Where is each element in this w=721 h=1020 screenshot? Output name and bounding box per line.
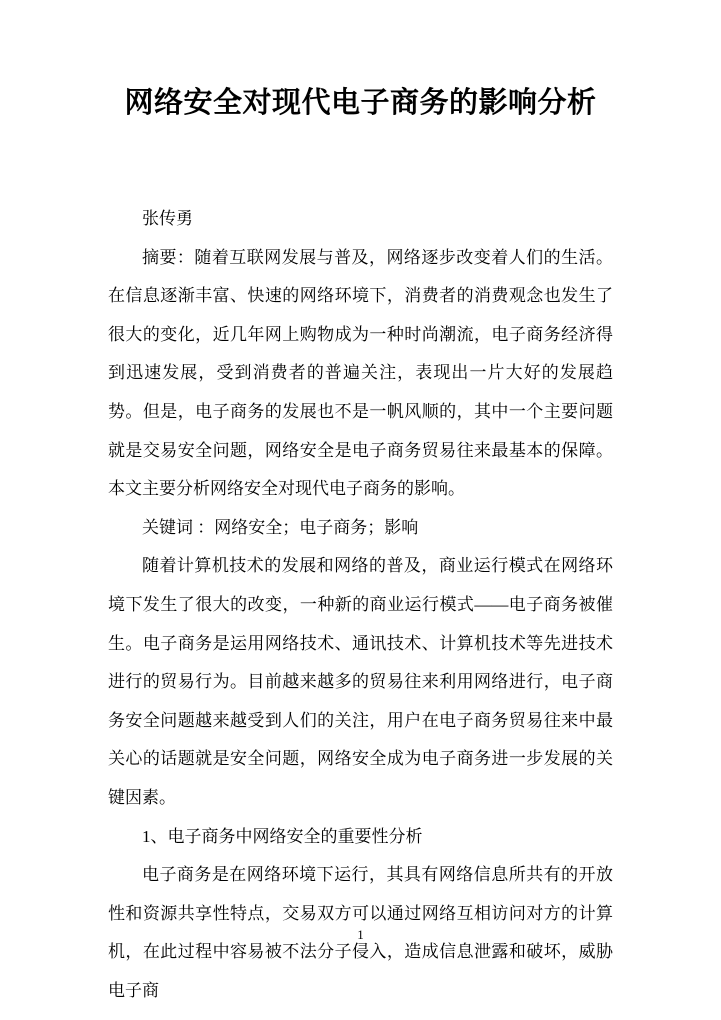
document-title: 网络安全对现代电子商务的影响分析 — [0, 84, 721, 122]
author-name: 张传勇 — [108, 200, 613, 239]
keywords-line: 关键词 ：网络安全；电子商务；影响 — [108, 509, 613, 548]
page-number: 1 — [0, 925, 721, 945]
section-heading-1: 1、电子商务中网络安全的重要性分析 — [108, 818, 613, 857]
abstract-paragraph: 摘要：随着互联网发展与普及，网络逐步改变着人们的生活。在信息逐渐丰富、快速的网络… — [108, 239, 613, 509]
intro-paragraph: 随着计算机技术的发展和网络的普及，商业运行模式在网络环境下发生了很大的改变，一种… — [108, 547, 613, 817]
document-page: 网络安全对现代电子商务的影响分析 张传勇 摘要：随着互联网发展与普及，网络逐步改… — [0, 0, 721, 1020]
document-body: 张传勇 摘要：随着互联网发展与普及，网络逐步改变着人们的生活。在信息逐渐丰富、快… — [108, 200, 613, 1010]
